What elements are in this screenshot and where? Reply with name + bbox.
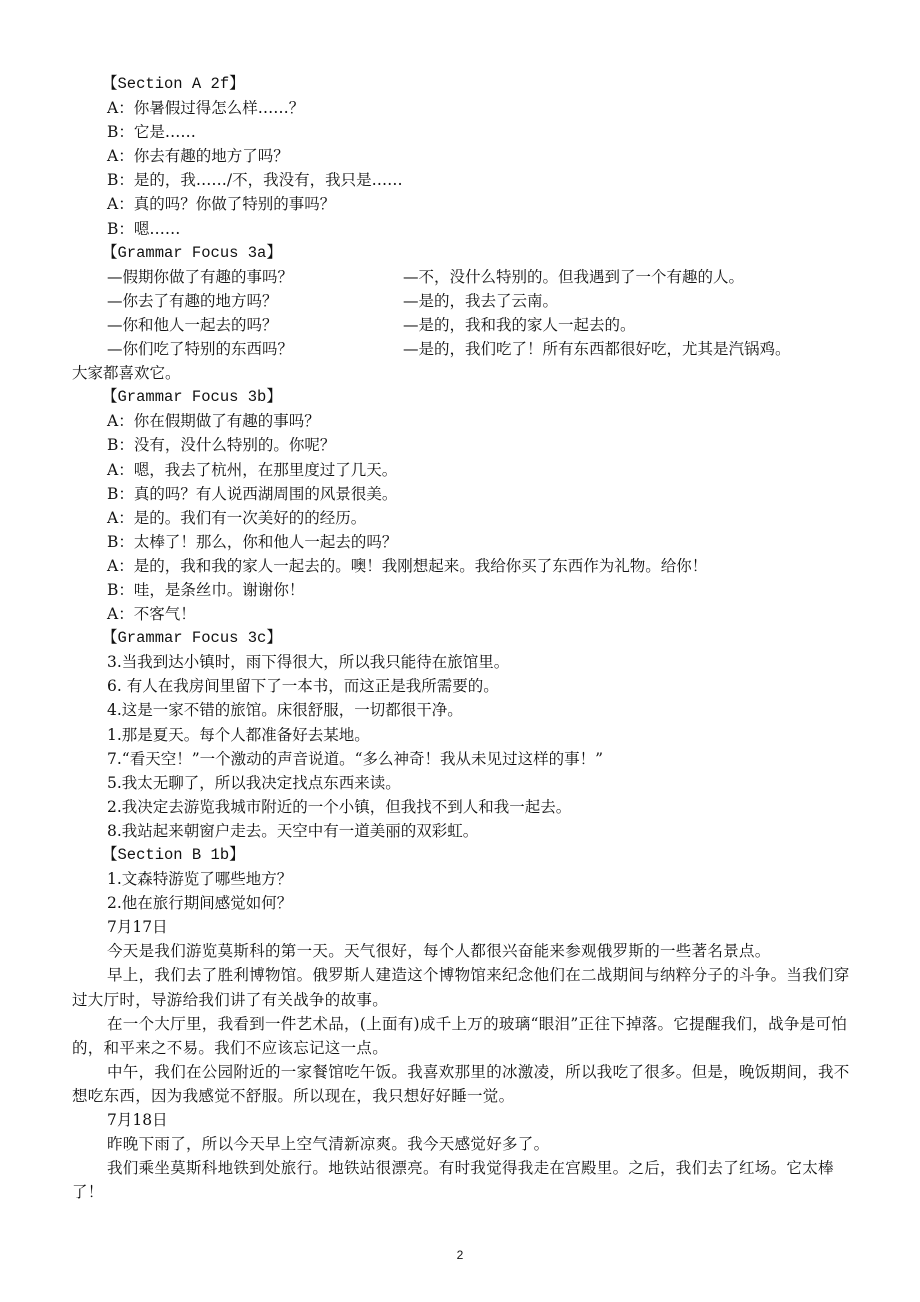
question: —你们吃了特别的东西吗？ — [107, 337, 403, 361]
dialogue-line: A：你在假期做了有趣的事吗？ — [72, 409, 862, 433]
dialogue-line: B：真的吗？有人说西湖周围的风景很美。 — [72, 482, 862, 506]
numbered-sentence: 3.当我到达小镇时，雨下得很大，所以我只能待在旅馆里。 — [72, 650, 862, 674]
diary-paragraph: 早上，我们去了胜利博物馆。俄罗斯人建造这个博物馆来纪念他们在二战期间与纳粹分子的… — [72, 963, 862, 1011]
qa-row: —你去了有趣的地方吗？ —是的，我去了云南。 — [72, 289, 862, 313]
numbered-sentence: 1.那是夏天。每个人都准备好去某地。 — [72, 723, 862, 747]
diary-paragraph: 我们乘坐莫斯科地铁到处旅行。地铁站很漂亮。有时我觉得我走在宫殿里。之后，我们去了… — [72, 1156, 862, 1204]
qa-row: —假期你做了有趣的事吗？ —不，没什么特别的。但我遇到了一个有趣的人。 — [72, 265, 862, 289]
section-heading: 【Section A 2f】 — [72, 72, 862, 96]
diary-paragraph: 昨晚下雨了，所以今天早上空气清新凉爽。我今天感觉好多了。 — [72, 1132, 862, 1156]
qa-row: —你和他人一起去的吗？ —是的，我和我的家人一起去的。 — [72, 313, 862, 337]
numbered-sentence: 2.我决定去游览我城市附近的一个小镇，但我找不到人和我一起去。 — [72, 795, 862, 819]
numbered-sentence: 8.我站起来朝窗户走去。天空中有一道美丽的双彩虹。 — [72, 819, 862, 843]
continuation-line: 大家都喜欢它。 — [72, 361, 862, 385]
dialogue-line: A：真的吗？你做了特别的事吗？ — [72, 192, 862, 216]
question-line: 1.文森特游览了哪些地方？ — [72, 867, 862, 891]
answer: —是的，我去了云南。 — [403, 289, 558, 313]
dialogue-line: B：它是…… — [72, 120, 862, 144]
section-heading: 【Grammar Focus 3c】 — [72, 626, 862, 650]
document-page: 【Section A 2f】 A：你暑假过得怎么样……？ B：它是…… A：你去… — [72, 72, 862, 1204]
dialogue-line: B：是的，我……/不，我没有，我只是…… — [72, 168, 862, 192]
section-heading: 【Grammar Focus 3b】 — [72, 385, 862, 409]
diary-date: 7月18日 — [72, 1108, 862, 1132]
section-heading: 【Grammar Focus 3a】 — [72, 241, 862, 265]
diary-date: 7月17日 — [72, 915, 862, 939]
qa-row: —你们吃了特别的东西吗？ —是的，我们吃了！所有东西都很好吃，尤其是汽锅鸡。 — [72, 337, 862, 361]
question-line: 2.他在旅行期间感觉如何？ — [72, 891, 862, 915]
numbered-sentence: 4.这是一家不错的旅馆。床很舒服，一切都很干净。 — [72, 698, 862, 722]
diary-paragraph: 中午，我们在公园附近的一家餐馆吃午饭。我喜欢那里的冰激凌，所以我吃了很多。但是，… — [72, 1060, 862, 1108]
dialogue-line: A：不客气！ — [72, 602, 862, 626]
question: —假期你做了有趣的事吗？ — [107, 265, 403, 289]
section-heading: 【Section B 1b】 — [72, 843, 862, 867]
question: —你和他人一起去的吗？ — [107, 313, 403, 337]
dialogue-line: A：你去有趣的地方了吗？ — [72, 144, 862, 168]
dialogue-line: B：太棒了！那么，你和他人一起去的吗？ — [72, 530, 862, 554]
dialogue-line: B：嗯…… — [72, 217, 862, 241]
diary-paragraph: 今天是我们游览莫斯科的第一天。天气很好，每个人都很兴奋能来参观俄罗斯的一些著名景… — [72, 939, 862, 963]
numbered-sentence: 6. 有人在我房间里留下了一本书，而这正是我所需要的。 — [72, 674, 862, 698]
page-number: 2 — [0, 1248, 920, 1262]
question: —你去了有趣的地方吗？ — [107, 289, 403, 313]
dialogue-line: A：是的。我们有一次美好的的经历。 — [72, 506, 862, 530]
diary-paragraph: 在一个大厅里，我看到一件艺术品，(上面有)成千上万的玻璃“眼泪”正往下掉落。它提… — [72, 1012, 862, 1060]
dialogue-line: B：哇，是条丝巾。谢谢你！ — [72, 578, 862, 602]
answer: —是的，我们吃了！所有东西都很好吃，尤其是汽锅鸡。 — [403, 337, 791, 361]
numbered-sentence: 7.“看天空！”一个激动的声音说道。“多么神奇！我从未见过这样的事！” — [72, 747, 862, 771]
numbered-sentence: 5.我太无聊了，所以我决定找点东西来读。 — [72, 771, 862, 795]
answer: —不，没什么特别的。但我遇到了一个有趣的人。 — [403, 265, 744, 289]
dialogue-line: B：没有，没什么特别的。你呢？ — [72, 433, 862, 457]
dialogue-line: A：嗯，我去了杭州，在那里度过了几天。 — [72, 458, 862, 482]
dialogue-line: A：是的，我和我的家人一起去的。噢！我刚想起来。我给你买了东西作为礼物。给你！ — [72, 554, 862, 578]
answer: —是的，我和我的家人一起去的。 — [403, 313, 636, 337]
dialogue-line: A：你暑假过得怎么样……？ — [72, 96, 862, 120]
